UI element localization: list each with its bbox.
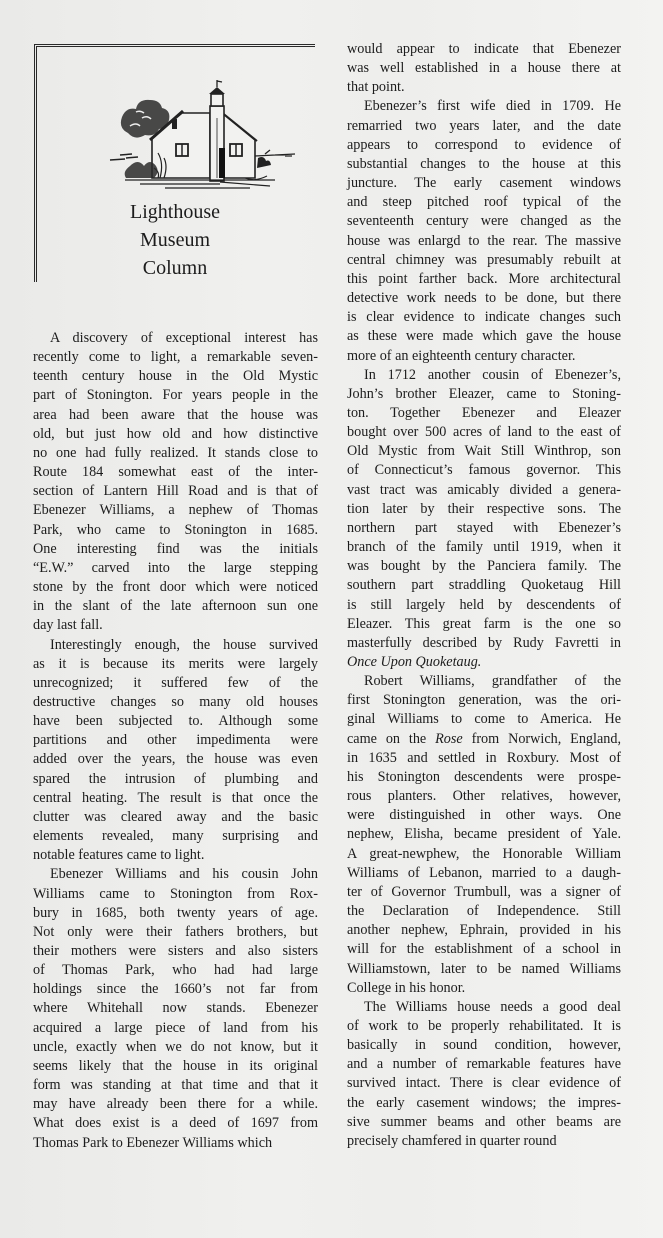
text-line: of Connecticut’s famous governor. This (347, 461, 621, 480)
text-line: is still largely held by descendents of (347, 596, 621, 615)
text-line: central heating. The result is that once… (33, 789, 318, 808)
article-paragraph: Ebenezer’s first wife died in 1709. Here… (347, 97, 621, 365)
text-line: southern part straddling Quoketaug Hill (347, 576, 621, 595)
text-line: John’s brother Eleazer, came to Stoning- (347, 385, 621, 404)
text-line: In 1712 another cousin of Ebenezer’s, (347, 366, 621, 385)
text-line: was bought by the Panciera family. The (347, 557, 621, 576)
title-line-3: Column (60, 254, 290, 282)
text-line: where Whitehall now stands. Ebenezer (33, 999, 318, 1018)
text-line: juncture. The early casement windows (347, 174, 621, 193)
text-line: survived intact. There is clear evidence… (347, 1074, 621, 1093)
text-line: substantial changes to the house at this (347, 155, 621, 174)
text-line: detective work needs to be done, but the… (347, 289, 621, 308)
text-line: ginal Williams to come to America. He (347, 710, 621, 729)
text-line: Williams came to Stonington from Rox- (33, 885, 318, 904)
text-line: section of Lantern Hill Road and is that… (33, 482, 318, 501)
text-line: ton. Together Ebenezer and Eleazer (347, 404, 621, 423)
text-line: tion later by their respective sons. The (347, 500, 621, 519)
text-line: in the slant of the late afternoon sun o… (33, 597, 318, 616)
title-line-1: Lighthouse (60, 198, 290, 226)
article-paragraph: Interestingly enough, the house survived… (33, 636, 318, 866)
text-line: Ebenezer Williams, a nephew of Thomas (33, 501, 318, 520)
text-line: his Stonington descendents were prospe- (347, 768, 621, 787)
text-line: seems likely that the house in its origi… (33, 1057, 318, 1076)
text-line: masterfully described by Rudy Favretti i… (347, 634, 621, 653)
text-line: College in his honor. (347, 979, 621, 998)
text-line: Eleazer. This great farm is the one so (347, 615, 621, 634)
right-column: would appear to indicate that Ebenezerwa… (347, 40, 621, 1151)
text-line: rous planters. Other relatives, however, (347, 787, 621, 806)
text-line: remarried two years later, and the date (347, 117, 621, 136)
text-line: destructive changes so many old houses (33, 693, 318, 712)
article-paragraph: Ebenezer Williams and his cousin JohnWil… (33, 865, 318, 1152)
text-line: is clear evidence to indicate changes su… (347, 308, 621, 327)
text-line: unrecognized; it suffered few of the (33, 674, 318, 693)
text-line: were distinguished in other ways. One (347, 806, 621, 825)
text-line: of work to be properly rehabilitated. It… (347, 1017, 621, 1036)
text-line: spared the intrusion of plumbing and (33, 770, 318, 789)
text-line: the early casement windows; the impres- (347, 1094, 621, 1113)
text-line: more of an eighteenth century character. (347, 347, 621, 366)
text-line: their mothers were sisters and also sist… (33, 942, 318, 961)
article-paragraph: The Williams house needs a good dealof w… (347, 998, 621, 1151)
text-line: house was enlargd to the rear. The massi… (347, 232, 621, 251)
text-line: holdings since the 1660’s not far from (33, 980, 318, 999)
text-line: will for the establishment of a school i… (347, 940, 621, 959)
text-line: branch of the family until 1919, when it (347, 538, 621, 557)
text-line: appears to correspond to evidence of (347, 136, 621, 155)
text-line: What does exist is a deed of 1697 from (33, 1114, 318, 1133)
text-line: would appear to indicate that Ebenezer (347, 40, 621, 59)
text-line: first Stonington generation, was the ori… (347, 691, 621, 710)
text-line: central chimney was presumably rebuilt a… (347, 251, 621, 270)
text-line: this point farther back. More architectu… (347, 270, 621, 289)
text-line: of Thomas Park, who had had large (33, 961, 318, 980)
text-line: have been subjected to. Although some (33, 712, 318, 731)
text-line: One interesting find was the initials (33, 540, 318, 559)
text-line: seventeenth century were changed as the (347, 212, 621, 231)
text-line: Once Upon Quoketaug. (347, 653, 621, 672)
text-line: clutter was cleared away and the basic (33, 808, 318, 827)
text-line: Ebenezer’s first wife died in 1709. He (347, 97, 621, 116)
text-line: form was standing at that time and that … (33, 1076, 318, 1095)
text-line: may have already been there for a while. (33, 1095, 318, 1114)
text-line: ter of Governor Trumbull, was a signer o… (347, 883, 621, 902)
text-line: Thomas Park to Ebenezer Williams which (33, 1134, 318, 1153)
text-line: elements revealed, many surprising and (33, 827, 318, 846)
text-line: and a number of remarkable features have (347, 1055, 621, 1074)
text-line: Ebenezer Williams and his cousin John (33, 865, 318, 884)
text-line: notable features came to light. (33, 846, 318, 865)
text-line: partitions and other impedimenta were (33, 731, 318, 750)
text-line: stone by the front door which were notic… (33, 578, 318, 597)
text-line: Not only were their fathers brothers, bu… (33, 923, 318, 942)
article-paragraph: A discovery of exceptional interest hasr… (33, 329, 318, 636)
text-line: Robert Williams, grandfather of the (347, 672, 621, 691)
text-line: Route 184 somewhat east of the inter- (33, 463, 318, 482)
text-line: northern part stayed with Ebenezer’s (347, 519, 621, 538)
text-line: The Williams house needs a good deal (347, 998, 621, 1017)
text-line: and steep pitched roof typical of the (347, 193, 621, 212)
text-line: old, but just how old and how distinctiv… (33, 425, 318, 444)
text-line: Williamstown, later to be named Williams (347, 960, 621, 979)
text-line: no one had fully realized. It stands clo… (33, 444, 318, 463)
text-line: the Declaration of Independence. Still (347, 902, 621, 921)
left-column: A discovery of exceptional interest hasr… (33, 329, 318, 1153)
text-line: vast tract was amicably divided a genera… (347, 481, 621, 500)
column-title: Lighthouse Museum Column (60, 198, 290, 282)
text-line: as it is because its merits were largely (33, 655, 318, 674)
article-paragraph: In 1712 another cousin of Ebenezer’s,Joh… (347, 366, 621, 673)
article-paragraph: would appear to indicate that Ebenezerwa… (347, 40, 621, 97)
text-line: area had been aware that the house was (33, 406, 318, 425)
text-line: Park, who came to Stonington in 1685. (33, 521, 318, 540)
text-line: A discovery of exceptional interest has (33, 329, 318, 348)
text-line: was well established in a house there at (347, 59, 621, 78)
text-line: came on the Rose from Norwich, England, (347, 730, 621, 749)
text-line: bought over 500 acres of land to the eas… (347, 423, 621, 442)
text-line: “E.W.” carved into the large stepping (33, 559, 318, 578)
text-line: acquired a large piece of land from his (33, 1019, 318, 1038)
text-line: bury in 1685, both twenty years of age. (33, 904, 318, 923)
text-line: Williams of Lebanon, married to a daugh- (347, 864, 621, 883)
text-line: part of Stonington. For years people in … (33, 386, 318, 405)
article-paragraph: Robert Williams, grandfather of thefirst… (347, 672, 621, 998)
text-line: recently come to light, a remarkable sev… (33, 348, 318, 367)
text-line: day last fall. (33, 616, 318, 635)
text-line: in 1635 and settled in Roxbury. Most of (347, 749, 621, 768)
text-line: nephew, Elisha, became president of Yale… (347, 825, 621, 844)
text-line: teenth century house in the Old Mystic (33, 367, 318, 386)
text-line: uncle, exactly when we do not know, but … (33, 1038, 318, 1057)
text-line: A great-newphew, the Honorable William (347, 845, 621, 864)
lighthouse-illustration-icon (70, 78, 295, 193)
text-line: Interestingly enough, the house survived (33, 636, 318, 655)
text-line: added over the years, the house was even (33, 750, 318, 769)
text-line: another nephew, Ephrain, provided in his (347, 921, 621, 940)
text-line: sive summer beams and other beams are (347, 1113, 621, 1132)
text-line: that point. (347, 78, 621, 97)
text-line: basically in sound condition, however, (347, 1036, 621, 1055)
title-line-2: Museum (60, 226, 290, 254)
newsletter-page: Lighthouse Museum Column A discovery of … (0, 0, 663, 1238)
text-line: as these were made which gave the house (347, 327, 621, 346)
text-line: precisely chamfered in quarter round (347, 1132, 621, 1151)
text-line: Old Mystic from Wait Still Winthrop, son (347, 442, 621, 461)
